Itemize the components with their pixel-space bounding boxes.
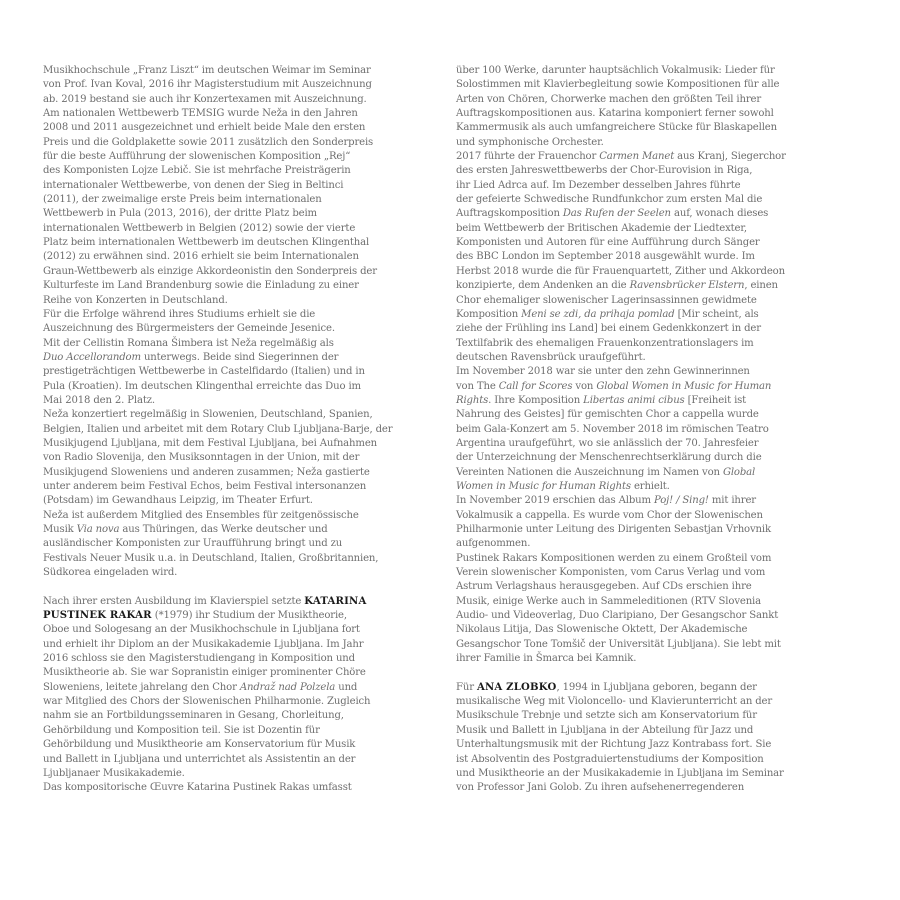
organization-name: Women in Music for Human Rights xyxy=(456,481,631,492)
ensemble-name: Via nova xyxy=(77,524,120,535)
text-span: Musik xyxy=(43,524,77,535)
text-span: auf, wonach dieses xyxy=(671,208,768,219)
text-line: Textilfabrik des ehemaligen Frauenkonzen… xyxy=(456,337,866,351)
text-line: Musik Via nova aus Thüringen, das Werke … xyxy=(43,523,438,537)
left-column: Musikhochschule „Franz Liszt“ im deutsch… xyxy=(43,64,438,796)
text-line: Nach ihrer ersten Ausbildung im Klaviers… xyxy=(43,595,438,609)
text-line: 2008 und 2011 ausgezeichnet und erhielt … xyxy=(43,121,438,135)
text-span: [Freiheit ist xyxy=(685,395,747,406)
text-span: aus Kranj, Siegerchor xyxy=(674,151,786,162)
text-line: Astrum Verlagshaus herausgegeben. Auf CD… xyxy=(456,580,866,594)
composer-name: KATARINA xyxy=(304,596,366,607)
text-line: ist Absolventin des Postgraduiertenstudi… xyxy=(456,753,866,767)
text-span: . Ihre Komposition xyxy=(488,395,583,406)
album-title: Poj! / Sing! xyxy=(654,495,709,506)
ensemble-name: Duo Accellorandom xyxy=(43,352,141,363)
text-line: Das kompositorische Œuvre Katarina Pusti… xyxy=(43,781,438,795)
katarina-biography-text: Nach ihrer ersten Ausbildung im Klaviers… xyxy=(43,595,438,796)
text-line: musikalische Weg mit Violoncello- und Kl… xyxy=(456,695,866,709)
text-line: ihrer Familie in Šmarca bei Kamnik. xyxy=(456,652,866,666)
text-line: internationaler Wettbewerbe, von denen d… xyxy=(43,179,438,193)
text-line: Musikhochschule „Franz Liszt“ im deutsch… xyxy=(43,64,438,78)
text-line: beim Wettbewerb der Britischen Akademie … xyxy=(456,222,866,236)
text-line: prestigeträchtigen Wettbewerbe in Castel… xyxy=(43,365,438,379)
text-line: Herbst 2018 wurde die für Frauenquartett… xyxy=(456,265,866,279)
text-span: unterwegs. Beide sind Siegerinnen der xyxy=(141,352,338,363)
text-line: Chor ehemaliger slowenischer Lagerinsass… xyxy=(456,294,866,308)
text-line: von Professor Jani Golob. Zu ihren aufse… xyxy=(456,781,866,795)
text-line: Sloweniens, leitete jahrelang den Chor A… xyxy=(43,681,438,695)
text-span: , 1994 in Ljubljana geboren, begann der xyxy=(556,682,756,693)
text-line: deutschen Ravensbrück uraufgeführt. xyxy=(456,351,866,365)
organization-name: Rights xyxy=(456,395,488,406)
text-line: (2012) zu erwähnen sind. 2016 erhielt si… xyxy=(43,250,438,264)
text-line: Am nationalen Wettbewerb TEMSIG wurde Ne… xyxy=(43,107,438,121)
text-line: 2016 schloss sie den Magisterstudiengang… xyxy=(43,652,438,666)
text-line: und erhielt ihr Diplom an der Musikakade… xyxy=(43,638,438,652)
text-line: Musikschule Trebnje und setzte sich am K… xyxy=(456,709,866,723)
text-line: Platz beim internationalen Wettbewerb im… xyxy=(43,236,438,250)
text-line: und symphonische Orchester. xyxy=(456,136,866,150)
text-line: Musik, einige Werke auch in Sammeleditio… xyxy=(456,595,866,609)
text-span: erhielt. xyxy=(631,481,670,492)
paragraph-gap xyxy=(456,666,866,680)
text-line: Neža konzertiert regelmäßig in Slowenien… xyxy=(43,408,438,422)
text-line: Gehörbildung und Komposition teil. Sie i… xyxy=(43,724,438,738)
text-line: Vokalmusik a cappella. Es wurde vom Chor… xyxy=(456,509,866,523)
text-line: beim Gala-Konzert am 5. November 2018 im… xyxy=(456,423,866,437)
text-span: [Mir scheint, als xyxy=(675,309,759,320)
choir-name: Carmen Manet xyxy=(599,151,674,162)
text-span: von xyxy=(572,381,596,392)
text-line: und Musiktheorie an der Musikakademie in… xyxy=(456,767,866,781)
text-line: Belgien, Italien und arbeitet mit dem Ro… xyxy=(43,423,438,437)
text-line: des Komponisten Lojze Lebič. Sie ist meh… xyxy=(43,164,438,178)
text-span: von The xyxy=(456,381,499,392)
text-line: Musiktheorie ab. Sie war Sopranistin ein… xyxy=(43,666,438,680)
text-span: Vereinten Nationen die Auszeichnung im N… xyxy=(456,467,723,478)
text-span: In November 2019 erschien das Album xyxy=(456,495,654,506)
text-line: Vereinten Nationen die Auszeichnung im N… xyxy=(456,466,866,480)
text-span: mit ihrer xyxy=(709,495,756,506)
text-line: Komponisten und Autoren für eine Aufführ… xyxy=(456,236,866,250)
text-line: Arten von Chören, Chorwerke machen den g… xyxy=(456,93,866,107)
right-column: über 100 Werke, darunter hauptsächlich V… xyxy=(456,64,866,796)
text-line: und Ballett in Ljubljana und unterrichte… xyxy=(43,753,438,767)
text-line: des BBC London im September 2018 ausgewä… xyxy=(456,250,866,264)
text-line: Reihe von Konzerten in Deutschland. xyxy=(43,294,438,308)
text-span: konzipierte, dem Andenken an die xyxy=(456,280,630,291)
text-line: Im November 2018 war sie unter den zehn … xyxy=(456,365,866,379)
text-line: Musik und Ballett in Ljubljana in der Ab… xyxy=(456,724,866,738)
text-line: Komposition Meni se zdi, da prihaja poml… xyxy=(456,308,866,322)
text-line: Für die Erfolge während ihres Studiums e… xyxy=(43,308,438,322)
paragraph-gap xyxy=(43,580,438,594)
text-line: war Mitglied des Chors der Slowenischen … xyxy=(43,695,438,709)
text-line: Oboe und Sologesang an der Musikhochschu… xyxy=(43,623,438,637)
text-line: internationalen Wettbewerb in Belgien (2… xyxy=(43,222,438,236)
text-line: Audio- und Videoverlag, Duo Claripiano, … xyxy=(456,609,866,623)
composer-name: PUSTINEK RAKAR xyxy=(43,610,152,621)
text-line: Auszeichnung des Bürgermeisters der Geme… xyxy=(43,322,438,336)
text-line: Preis und die Goldplakette sowie 2011 zu… xyxy=(43,136,438,150)
text-line: Pustinek Rakars Kompositionen werden zu … xyxy=(456,552,866,566)
text-line: nahm sie an Fortbildungsseminaren in Ges… xyxy=(43,709,438,723)
text-line: von Radio Slovenija, den Musiksonntagen … xyxy=(43,451,438,465)
text-line: Kulturfeste im Land Brandenburg sowie di… xyxy=(43,279,438,293)
text-line: für die beste Aufführung der slowenische… xyxy=(43,150,438,164)
text-line: ausländischer Komponisten zur Uraufführu… xyxy=(43,537,438,551)
text-line: Graun-Wettbewerb als einzige Akkordeonis… xyxy=(43,265,438,279)
text-line: Auftragskompositionen aus. Katarina komp… xyxy=(456,107,866,121)
text-line: der Unterzeichnung der Menschenrechtserk… xyxy=(456,451,866,465)
text-line: Gehörbildung und Musiktheorie am Konserv… xyxy=(43,738,438,752)
text-line: Auftragskomposition Das Rufen der Seelen… xyxy=(456,207,866,221)
text-span: 2017 führte der Frauenchor xyxy=(456,151,599,162)
text-line: Philharmonie unter Leitung des Dirigente… xyxy=(456,523,866,537)
text-line: ihr Lied Adrca auf. Im Dezember desselbe… xyxy=(456,179,866,193)
text-line: Mit der Cellistin Romana Šimbera ist Než… xyxy=(43,337,438,351)
work-title: Libertas animi cibus xyxy=(583,395,684,406)
text-line: Festivals Neuer Musik u.a. in Deutschlan… xyxy=(43,552,438,566)
choir-name: Andraž nad Polzela xyxy=(240,682,335,693)
text-line: Pula (Kroatien). Im deutschen Klingentha… xyxy=(43,380,438,394)
text-line: Rights. Ihre Komposition Libertas animi … xyxy=(456,394,866,408)
text-line: über 100 Werke, darunter hauptsächlich V… xyxy=(456,64,866,78)
text-line: Women in Music for Human Rights erhielt. xyxy=(456,480,866,494)
organization-name: Global xyxy=(723,467,755,478)
text-span: Nach ihrer ersten Ausbildung im Klaviers… xyxy=(43,596,304,607)
text-line: unter anderem beim Festival Echos, beim … xyxy=(43,480,438,494)
text-line: ziehe der Frühling ins Land] bei einem G… xyxy=(456,322,866,336)
text-line: Musikjugend Sloweniens und anderen zusam… xyxy=(43,466,438,480)
text-line: aufgenommen. xyxy=(456,537,866,551)
text-line: (2011), der zweimalige erste Preis beim … xyxy=(43,193,438,207)
text-line: Musikjugend Ljubljana, mit dem Festival … xyxy=(43,437,438,451)
text-line: Wettbewerb in Pula (2013, 2016), der dri… xyxy=(43,207,438,221)
text-span: und xyxy=(335,682,357,693)
text-line: Duo Accellorandom unterwegs. Beide sind … xyxy=(43,351,438,365)
text-line: von Prof. Ivan Koval, 2016 ihr Magisters… xyxy=(43,78,438,92)
booklet-page: Musikhochschule „Franz Liszt“ im deutsch… xyxy=(0,0,900,900)
text-span: Für xyxy=(456,682,477,693)
text-line: Ljubljanaer Musikakademie. xyxy=(43,767,438,781)
katarina-biography-continued: über 100 Werke, darunter hauptsächlich V… xyxy=(456,64,866,666)
ana-zlobko-biography-text: Für ANA ZLOBKO, 1994 in Ljubljana gebore… xyxy=(456,681,866,796)
neza-biography-text: Musikhochschule „Franz Liszt“ im deutsch… xyxy=(43,64,438,580)
organization-name: Global Women in Music for Human xyxy=(596,381,771,392)
work-title: Das Rufen der Seelen xyxy=(563,208,671,219)
text-line: konzipierte, dem Andenken an die Ravensb… xyxy=(456,279,866,293)
text-line: Argentina uraufgeführt, wo sie anlässlic… xyxy=(456,437,866,451)
text-line: ab. 2019 bestand sie auch ihr Konzertexa… xyxy=(43,93,438,107)
text-span: aus Thüringen, das Werke deutscher und xyxy=(119,524,327,535)
text-line: Verein slowenischer Komponisten, vom Car… xyxy=(456,566,866,580)
work-title: Call for Scores xyxy=(499,381,573,392)
text-span: Sloweniens, leitete jahrelang den Chor xyxy=(43,682,240,693)
text-span: Auftragskomposition xyxy=(456,208,563,219)
text-span: , einen xyxy=(744,280,778,291)
text-line: In November 2019 erschien das Album Poj!… xyxy=(456,494,866,508)
work-title: Ravensbrücker Elstern xyxy=(630,280,745,291)
text-line: Nikolaus Litija, Das Slowenische Oktett,… xyxy=(456,623,866,637)
text-line: Neža ist außerdem Mitglied des Ensembles… xyxy=(43,509,438,523)
composer-name: ANA ZLOBKO xyxy=(477,682,557,693)
text-line: Unterhaltungsmusik mit der Richtung Jazz… xyxy=(456,738,866,752)
text-line: Nahrung des Geistes] für gemischten Chor… xyxy=(456,408,866,422)
text-span: Komposition xyxy=(456,309,521,320)
text-line: Gesangschor Tone Tomšič der Universität … xyxy=(456,638,866,652)
text-line: 2017 führte der Frauenchor Carmen Manet … xyxy=(456,150,866,164)
text-line: Für ANA ZLOBKO, 1994 in Ljubljana gebore… xyxy=(456,681,866,695)
text-line: (Potsdam) im Gewandhaus Leipzig, im Thea… xyxy=(43,494,438,508)
text-line: des ersten Jahreswettbewerbs der Chor-Eu… xyxy=(456,164,866,178)
text-line: Mai 2018 den 2. Platz. xyxy=(43,394,438,408)
text-line: von The Call for Scores von Global Women… xyxy=(456,380,866,394)
text-line: Südkorea eingeladen wird. xyxy=(43,566,438,580)
text-line: der gefeierte Schwedische Rundfunkchor z… xyxy=(456,193,866,207)
text-span: (*1979) ihr Studium der Musiktheorie, xyxy=(152,610,347,621)
text-line: Kammermusik als auch umfangreichere Stüc… xyxy=(456,121,866,135)
text-line: PUSTINEK RAKAR (*1979) ihr Studium der M… xyxy=(43,609,438,623)
text-line: Solostimmen mit Klavierbegleitung sowie … xyxy=(456,78,866,92)
work-title: Meni se zdi, da prihaja pomlad xyxy=(521,309,674,320)
